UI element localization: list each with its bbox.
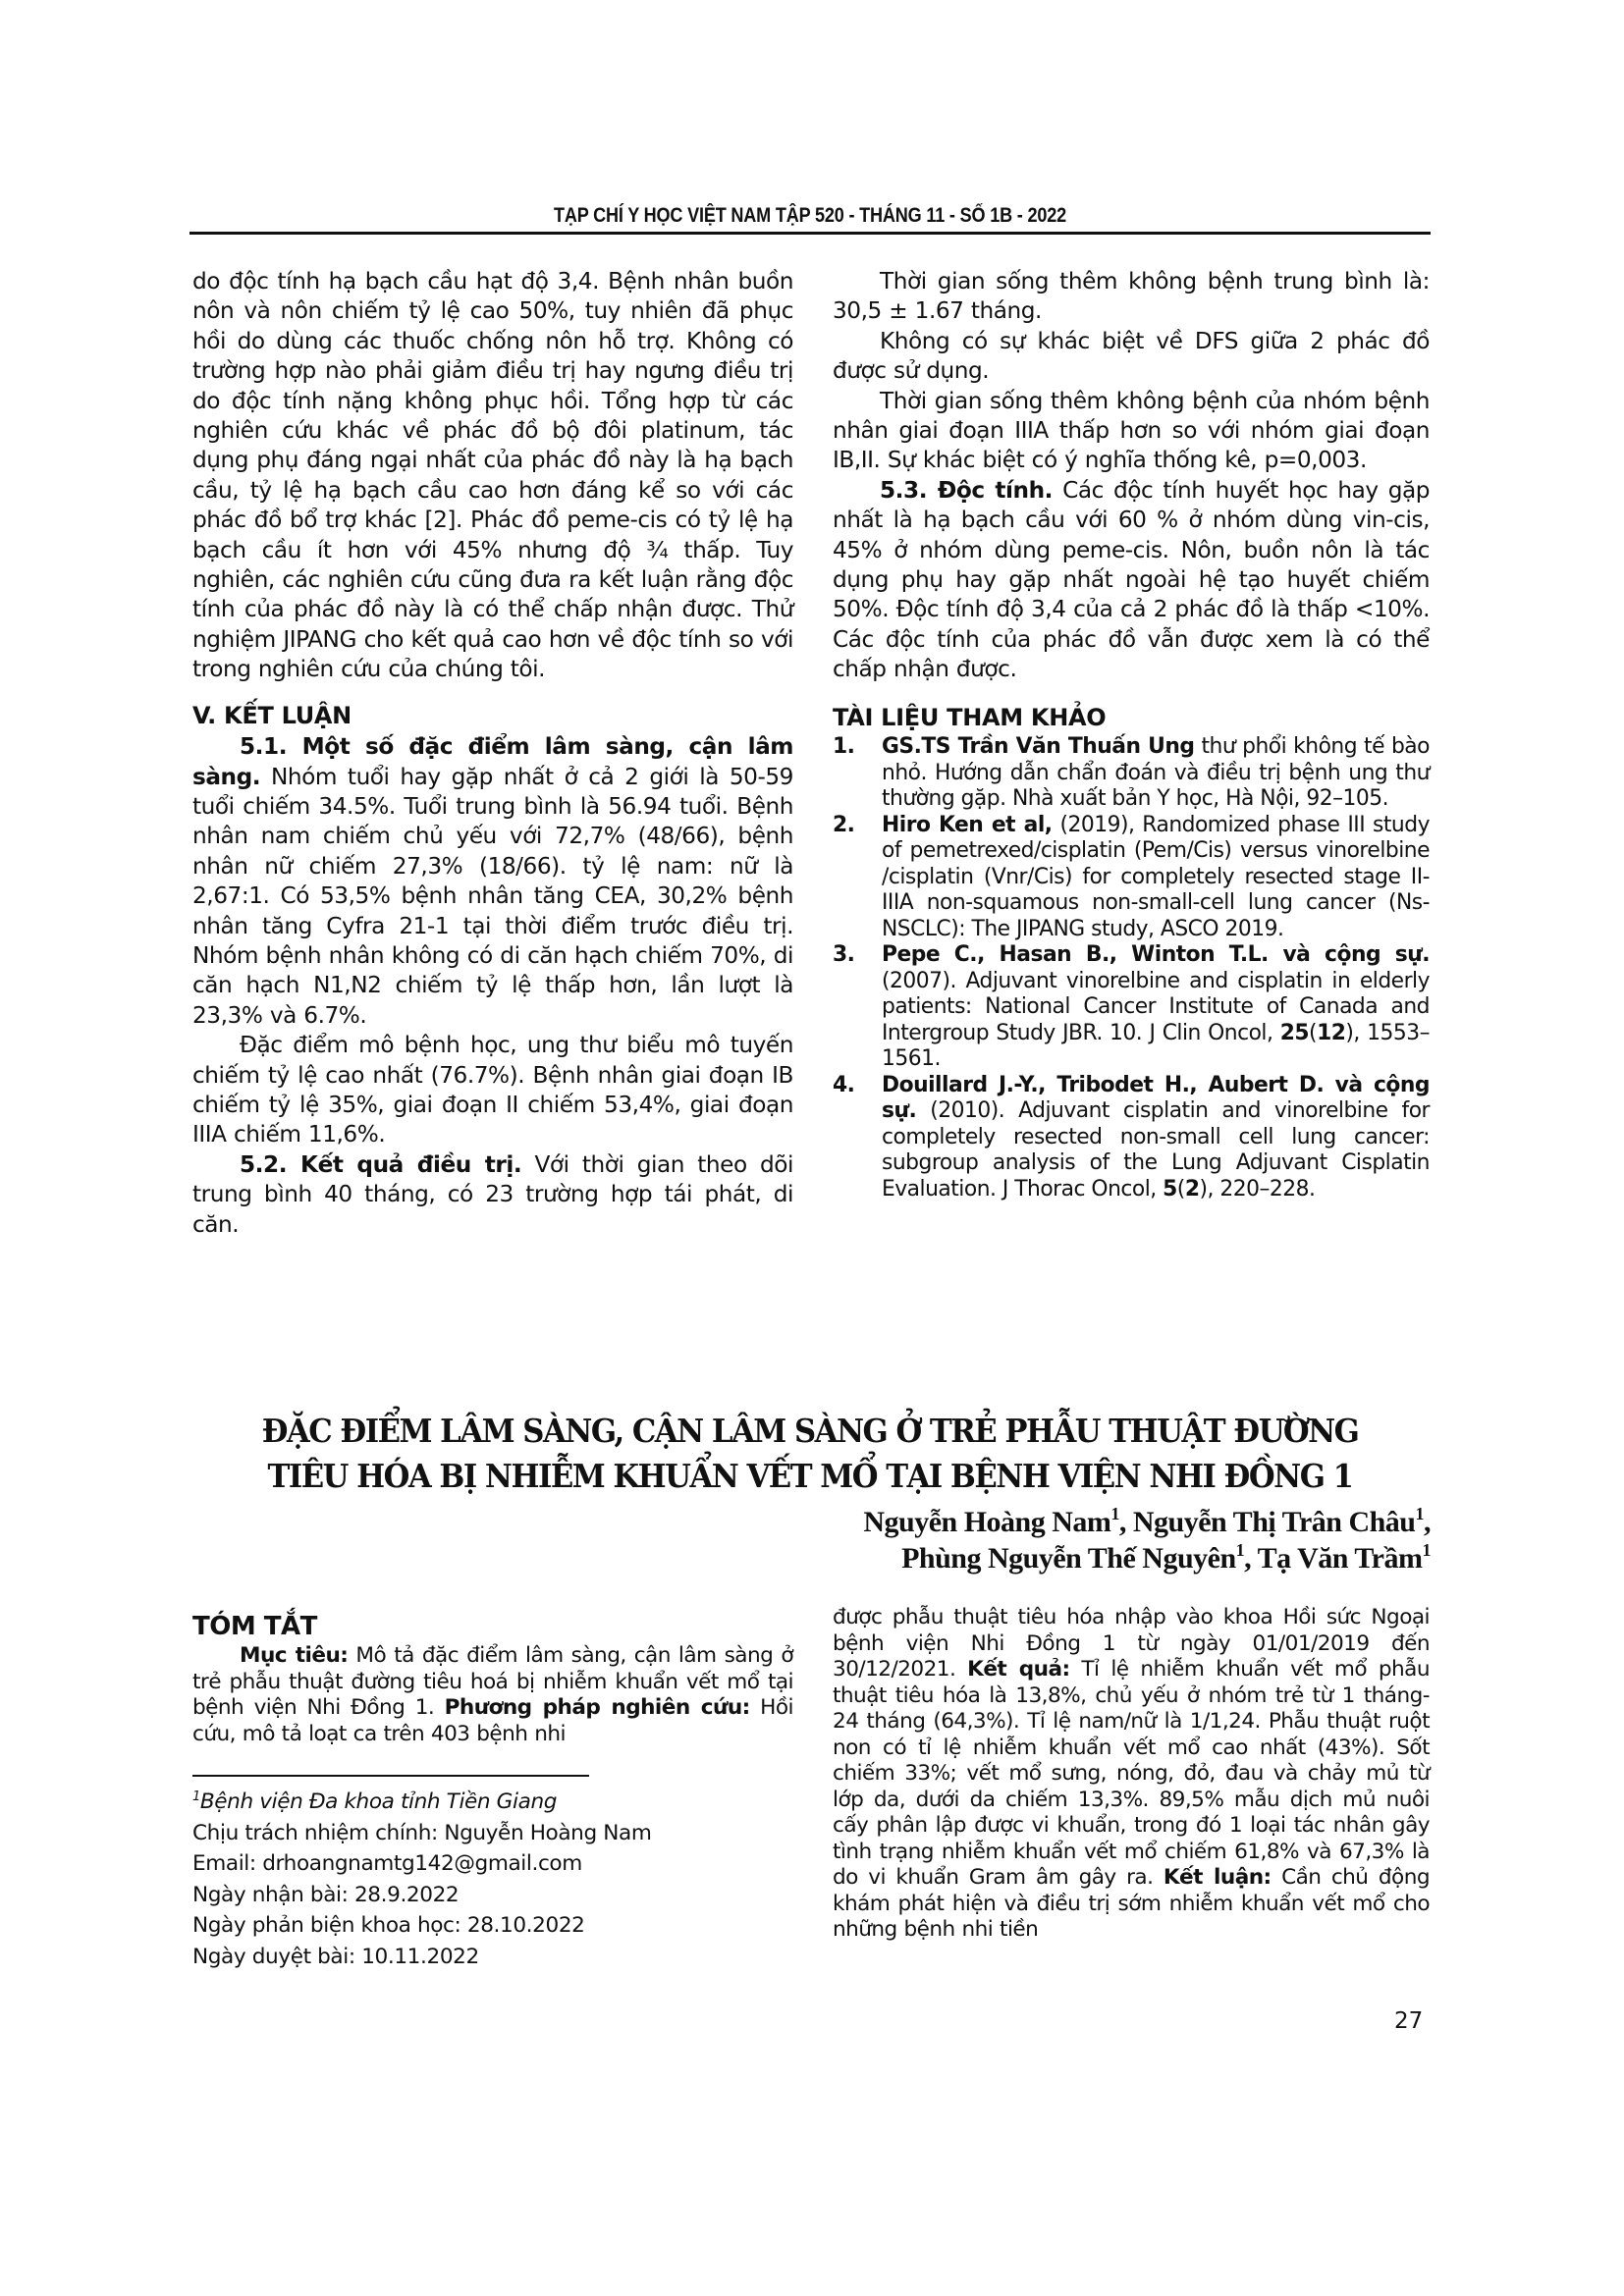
review-date: Ngày phản biện khoa học: 28.10.2022 [192, 1910, 793, 1942]
dfs-stage-paragraph: Thời gian sống thêm không bệnh của nhóm … [833, 387, 1430, 476]
reference-item: 4.Douillard J.-Y., Tribodet H., Aubert D… [833, 1073, 1430, 1203]
abstract-paragraph-continued: được phẫu thuật tiêu hóa nhập vào khoa H… [833, 1605, 1430, 1944]
dfs-mean-paragraph: Thời gian sống thêm không bệnh trung bìn… [833, 267, 1430, 327]
email: Email: drhoangnamtg142@gmail.com [192, 1848, 793, 1880]
reference-authors: GS.TS Trần Văn Thuấn Ung [882, 734, 1194, 759]
author-name: Nguyễn Thị Trân Châu [1133, 1506, 1416, 1538]
reference-authors: Hiro Ken et al, [882, 813, 1053, 837]
article-title: ĐẶC ĐIỂM LÂM SÀNG, CẬN LÂM SÀNG Ở TRẺ PH… [233, 1409, 1387, 1499]
objective-label: Mục tiêu: [240, 1643, 348, 1668]
conclusion-5-1-paragraph: 5.1. Một số đặc điểm lâm sàng, cận lâm s… [192, 732, 793, 1031]
footnotes: 1Bệnh viện Đa khoa tỉnh Tiền Giang Chịu … [192, 1775, 793, 1972]
page-number: 27 [1394, 2008, 1423, 2034]
accepted-date: Ngày duyệt bài: 10.11.2022 [192, 1942, 793, 1973]
references-heading: TÀI LIỆU THAM KHẢO [833, 703, 1430, 732]
running-header: TẠP CHÍ Y HỌC VIỆT NAM TẬP 520 - THÁNG 1… [276, 204, 1343, 228]
author-list: Nguyễn Hoàng Nam1, Nguyễn Thị Trân Châu1… [547, 1504, 1431, 1576]
right-column-previous-article: Thời gian sống thêm không bệnh trung bìn… [833, 267, 1430, 1202]
section-5-2-title: 5.2. Kết quả điều trị. [240, 1151, 521, 1178]
article-title-line-1: ĐẶC ĐIỂM LÂM SÀNG, CẬN LÂM SÀNG Ở TRẺ PH… [233, 1409, 1387, 1454]
affiliation: 1Bệnh viện Đa khoa tỉnh Tiền Giang [192, 1787, 793, 1818]
dfs-no-difference-paragraph: Không có sự khác biệt về DFS giữa 2 phác… [833, 327, 1430, 387]
reference-item: 1.GS.TS Trần Văn Thuấn Ung thư phổi khôn… [833, 734, 1430, 813]
affiliation-text: Bệnh viện Đa khoa tỉnh Tiền Giang [200, 1789, 557, 1814]
conclusion-label: Kết luận: [1164, 1865, 1272, 1890]
abstract-heading: TÓM TẮT [192, 1610, 793, 1643]
header-rule [189, 232, 1431, 235]
author-name: Tạ Văn Trầm [1258, 1542, 1423, 1575]
author-name: Nguyễn Hoàng Nam [863, 1506, 1110, 1538]
section-5-1-text: Nhóm tuổi hay gặp nhất ở cả 2 giới là 50… [192, 764, 793, 1029]
reference-issue: 12 [1317, 1021, 1345, 1045]
reference-number: 2. [833, 813, 854, 839]
reference-item: 3.Pepe C., Hasan B., Winton T.L. và cộng… [833, 942, 1430, 1073]
reference-item: 2.Hiro Ken et al, (2019), Randomized pha… [833, 813, 1430, 943]
histology-paragraph: Đặc điểm mô bệnh học, ung thư biểu mô tu… [192, 1031, 793, 1150]
author-affiliation-mark: 1 [1423, 1540, 1432, 1560]
conclusion-5-3-paragraph: 5.3. Độc tính. Các độc tính huyết học ha… [833, 476, 1430, 685]
method-label: Phương pháp nghiên cứu: [445, 1695, 750, 1720]
reference-authors: Pepe C., Hasan B., Winton T.L. và cộng s… [882, 942, 1430, 967]
article-title-line-2: TIÊU HÓA BỊ NHIỄM KHUẨN VẾT MỔ TẠI BỆNH … [233, 1454, 1387, 1499]
footnote-rule [192, 1775, 589, 1777]
corresponding-author: Chịu trách nhiệm chính: Nguyễn Hoàng Nam [192, 1818, 793, 1849]
left-column-previous-article: do độc tính hạ bạch cầu hạt độ 3,4. Bệnh… [192, 267, 793, 1240]
reference-text: (2010). Adjuvant cisplatin and vinorelbi… [882, 1098, 1430, 1201]
affiliation-mark: 1 [192, 1789, 200, 1804]
reference-volume: 25 [1280, 1021, 1309, 1045]
reference-volume: 5 [1163, 1177, 1177, 1201]
conclusion-heading: V. KẾT LUẬN [192, 701, 793, 730]
author-line-1: Nguyễn Hoàng Nam1, Nguyễn Thị Trân Châu1… [547, 1504, 1431, 1540]
discussion-paragraph: do độc tính hạ bạch cầu hạt độ 3,4. Bệnh… [192, 267, 793, 685]
journal-page: TẠP CHÍ Y HỌC VIỆT NAM TẬP 520 - THÁNG 1… [0, 0, 1624, 2296]
results-text: Tỉ lệ nhiễm khuẩn vết mổ phẫu thuật tiêu… [833, 1657, 1430, 1890]
author-affiliation-mark: 1 [1236, 1540, 1245, 1560]
abstract-right-column: được phẫu thuật tiêu hóa nhập vào khoa H… [833, 1605, 1430, 1944]
results-label: Kết quả: [967, 1657, 1069, 1682]
received-date: Ngày nhận bài: 28.9.2022 [192, 1880, 793, 1911]
author-name: Phùng Nguyễn Thế Nguyên [901, 1542, 1236, 1575]
abstract-paragraph: Mục tiêu: Mô tả đặc điểm lâm sàng, cận l… [192, 1643, 793, 1747]
reference-number: 4. [833, 1073, 854, 1099]
author-affiliation-mark: 1 [1110, 1504, 1119, 1523]
section-5-3-title: 5.3. Độc tính. [880, 477, 1053, 504]
author-affiliation-mark: 1 [1416, 1504, 1425, 1523]
reference-pages: ), 220–228. [1199, 1177, 1315, 1201]
reference-number: 1. [833, 734, 854, 761]
reference-issue: 2 [1185, 1177, 1200, 1201]
conclusion-5-2-paragraph: 5.2. Kết quả điều trị. Với thời gian the… [192, 1150, 793, 1240]
reference-number: 3. [833, 942, 854, 969]
section-5-3-text: Các độc tính huyết học hay gặp nhất là h… [833, 477, 1430, 682]
abstract-left-column: TÓM TẮT Mục tiêu: Mô tả đặc điểm lâm sàn… [192, 1610, 793, 1972]
author-line-2: Phùng Nguyễn Thế Nguyên1, Tạ Văn Trầm1 [547, 1540, 1431, 1576]
reference-list: 1.GS.TS Trần Văn Thuấn Ung thư phổi khôn… [833, 734, 1430, 1202]
